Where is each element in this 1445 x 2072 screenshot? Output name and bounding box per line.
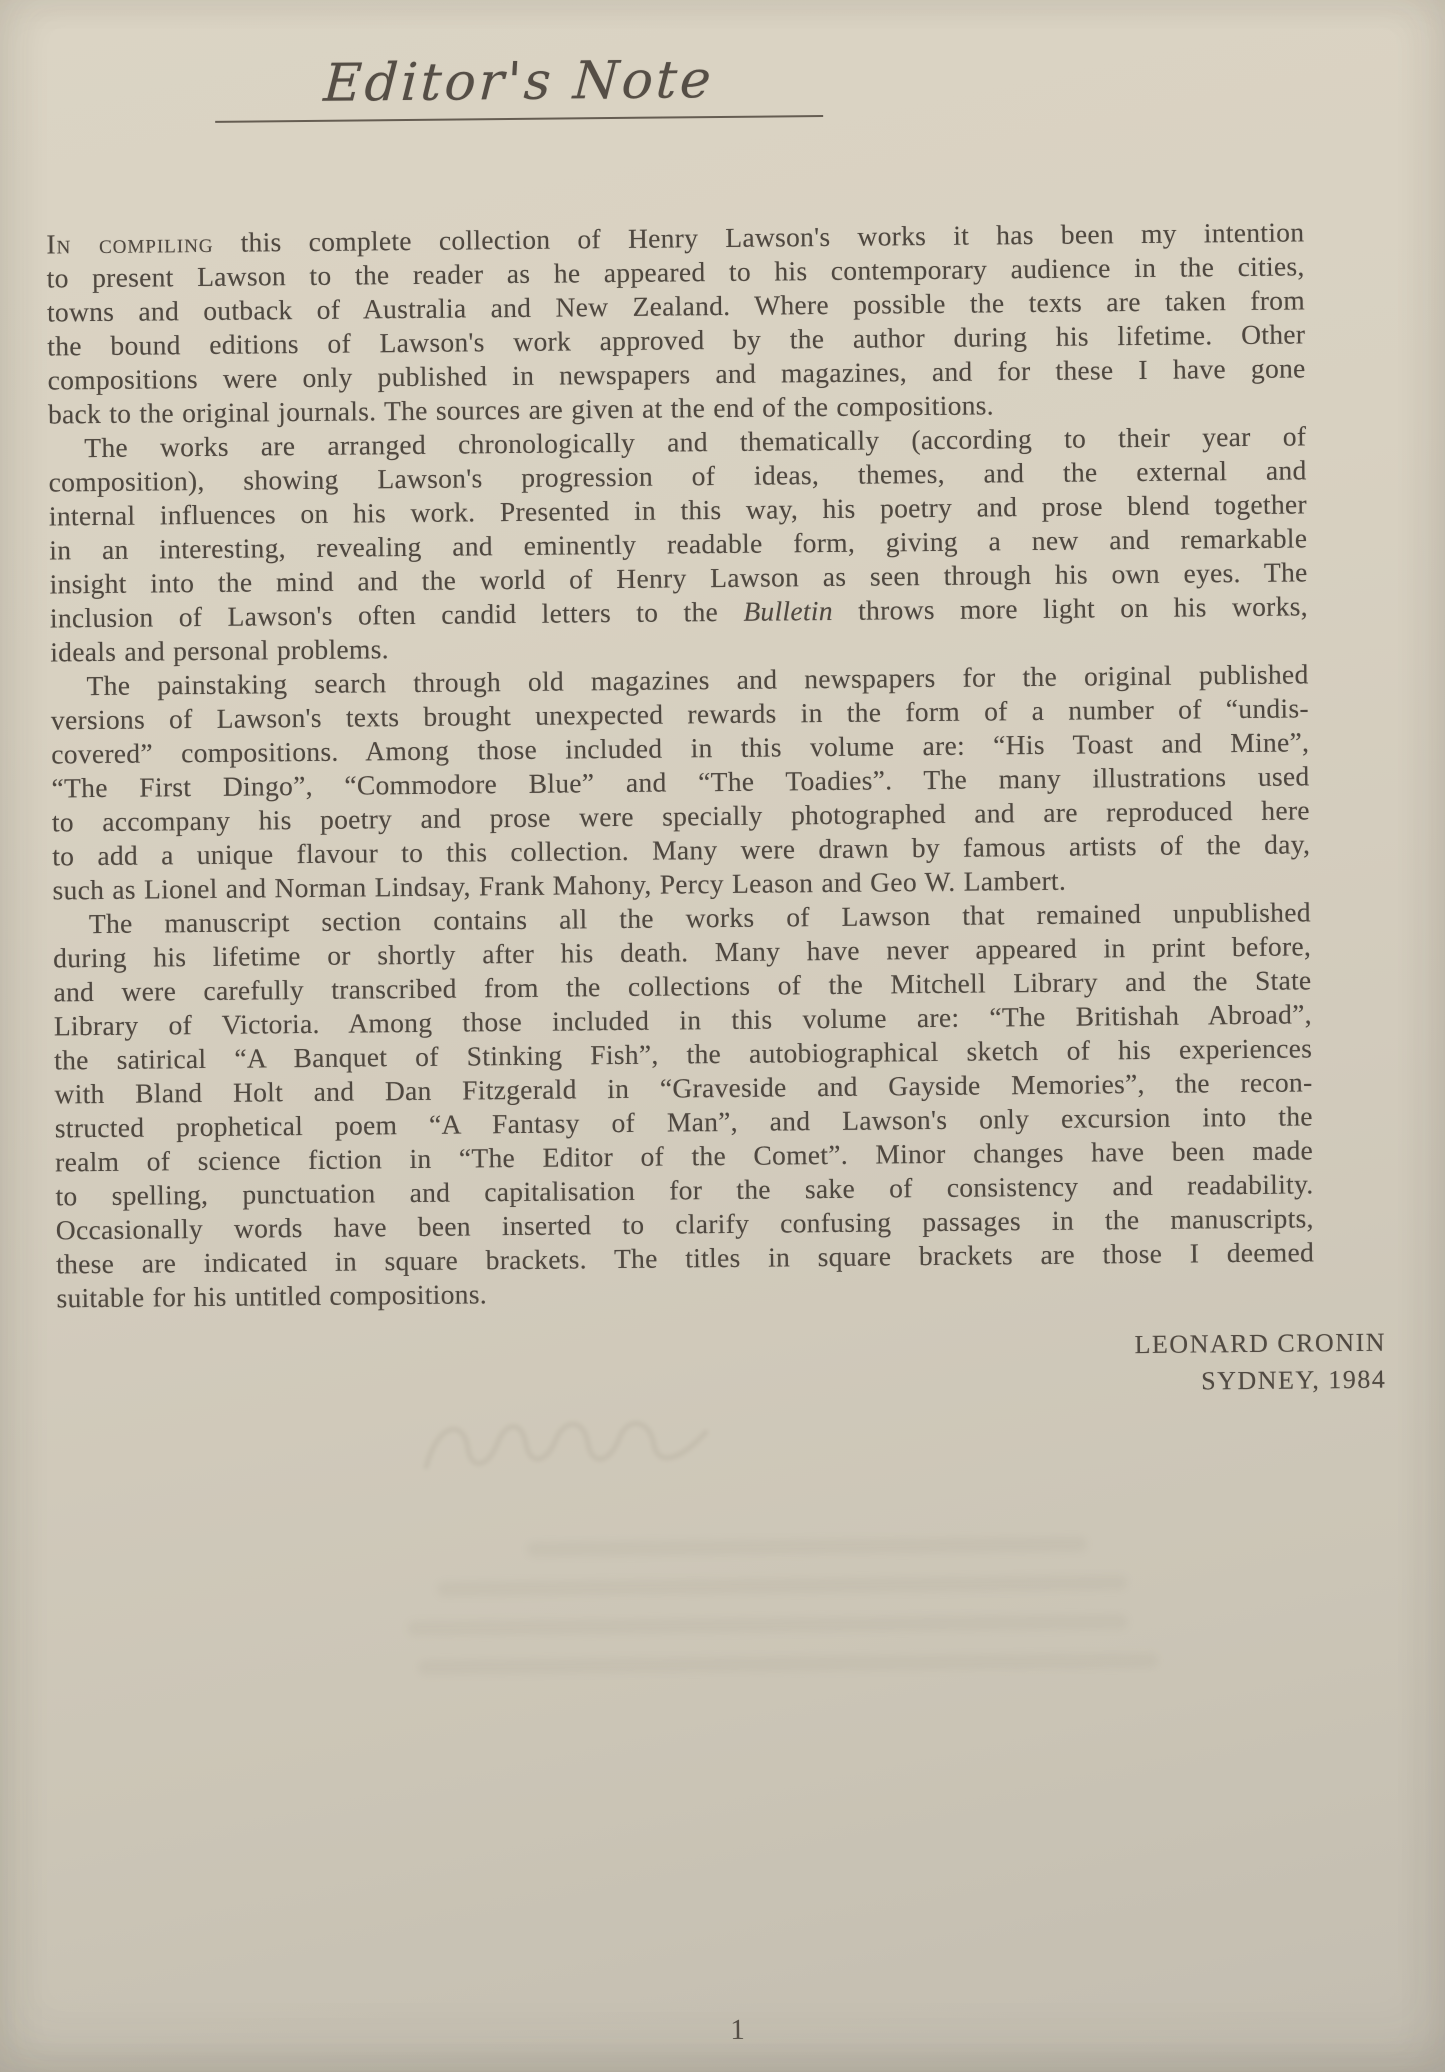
book-page-photo: { "page": { "title": "Editor's Note", "p… <box>0 0 1445 2072</box>
page-number: 1 <box>11 2007 1445 2054</box>
page-sheet: Editor's Note In compiling this complete… <box>0 0 1445 2072</box>
page-title: Editor's Note <box>322 50 716 114</box>
showthrough-script-scribble <box>418 1402 719 1485</box>
paragraph: In compiling this complete collection of… <box>46 215 1306 431</box>
showthrough-text-lines <box>377 1536 1158 1699</box>
paragraph: The manuscript section contains all the … <box>53 895 1315 1315</box>
signature: LEONARD CRONIN SYDNEY, 1984 <box>1134 1324 1386 1400</box>
signature-name: LEONARD CRONIN <box>1134 1324 1386 1363</box>
title-block: Editor's Note <box>215 49 824 123</box>
signature-place-date: SYDNEY, 1984 <box>1135 1361 1387 1400</box>
paragraph: The works are arranged chronologically a… <box>48 419 1308 669</box>
editor-note-body: In compiling this complete collection of… <box>46 215 1314 1315</box>
paragraph: The painstaking search through old magaz… <box>50 657 1310 907</box>
